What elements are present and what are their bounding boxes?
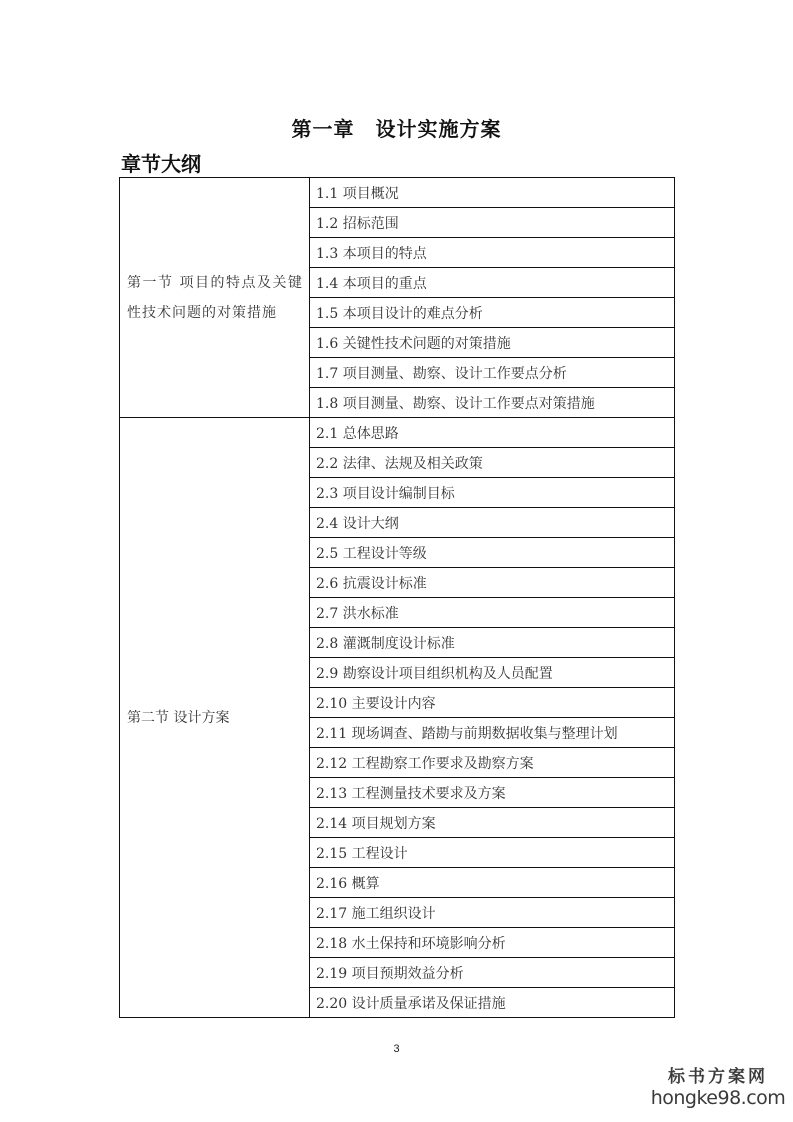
outline-item-cell: 1.8 项目测量、勘察、设计工作要点对策措施 [310,388,675,418]
table-row: 第二节 设计方案2.1 总体思路 [120,418,675,448]
outline-item-cell: 2.16 概算 [310,868,675,898]
outline-item-cell: 2.1 总体思路 [310,418,675,448]
outline-item-cell: 1.3 本项目的特点 [310,238,675,268]
outline-item-cell: 2.9 勘察设计项目组织机构及人员配置 [310,658,675,688]
outline-item-cell: 2.20 设计质量承诺及保证措施 [310,988,675,1018]
watermark: 标书方案网 hongke98.com [648,1067,788,1109]
outline-item-cell: 2.8 灌溉制度设计标准 [310,628,675,658]
page-number: 3 [0,1043,793,1055]
outline-heading: 章节大纲 [121,148,201,177]
outline-item-cell: 2.14 项目规划方案 [310,808,675,838]
chapter-title: 第一章 设计实施方案 [0,113,793,142]
outline-item-cell: 1.7 项目测量、勘察、设计工作要点分析 [310,358,675,388]
outline-item-cell: 2.13 工程测量技术要求及方案 [310,778,675,808]
outline-item-cell: 2.10 主要设计内容 [310,688,675,718]
section-title-cell: 第一节 项目的特点及关键性技术问题的对策措施 [120,178,310,418]
watermark-url: hongke98.com [648,1087,788,1109]
outline-item-cell: 2.4 设计大纲 [310,508,675,538]
outline-item-cell: 2.3 项目设计编制目标 [310,478,675,508]
outline-item-cell: 1.4 本项目的重点 [310,268,675,298]
outline-item-cell: 2.18 水土保持和环境影响分析 [310,928,675,958]
outline-item-cell: 1.2 招标范围 [310,208,675,238]
outline-item-cell: 2.15 工程设计 [310,838,675,868]
outline-item-cell: 2.2 法律、法规及相关政策 [310,448,675,478]
outline-item-cell: 1.6 关键性技术问题的对策措施 [310,328,675,358]
outline-item-cell: 1.1 项目概况 [310,178,675,208]
outline-item-cell: 2.7 洪水标准 [310,598,675,628]
outline-item-cell: 2.17 施工组织设计 [310,898,675,928]
outline-item-cell: 2.19 项目预期效益分析 [310,958,675,988]
watermark-name: 标书方案网 [648,1067,788,1087]
outline-item-cell: 2.12 工程勘察工作要求及勘察方案 [310,748,675,778]
outline-table: 第一节 项目的特点及关键性技术问题的对策措施1.1 项目概况1.2 招标范围1.… [119,177,675,1018]
outline-table-body: 第一节 项目的特点及关键性技术问题的对策措施1.1 项目概况1.2 招标范围1.… [120,178,675,1018]
outline-item-cell: 2.6 抗震设计标准 [310,568,675,598]
outline-item-cell: 2.5 工程设计等级 [310,538,675,568]
table-row: 第一节 项目的特点及关键性技术问题的对策措施1.1 项目概况 [120,178,675,208]
section-title-cell: 第二节 设计方案 [120,418,310,1018]
outline-item-cell: 1.5 本项目设计的难点分析 [310,298,675,328]
outline-item-cell: 2.11 现场调查、踏勘与前期数据收集与整理计划 [310,718,675,748]
